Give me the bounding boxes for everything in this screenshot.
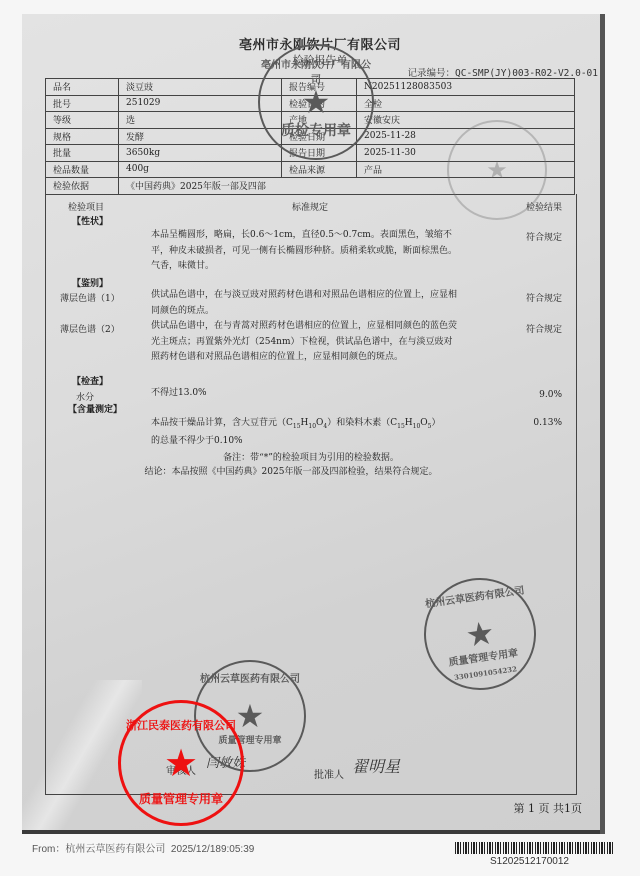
tlc1-result: 符合规定	[526, 291, 562, 304]
info-row: 批量3650kg报告日期2025-11-30	[46, 145, 575, 162]
field-value: 400g	[119, 161, 282, 178]
results-section: 检验项目 标准规定 检验结果 【性状】 本品呈椭圆形，略扁，长0.6～1cm，直…	[45, 194, 577, 795]
section-assay: 【含量测定】	[68, 402, 122, 415]
field-value: 3650kg	[119, 145, 282, 162]
field-label: 检验依据	[46, 178, 119, 195]
section-inspection: 【检查】	[72, 374, 108, 387]
info-row: 品名淡豆豉报告编号N20251128083503	[46, 79, 575, 96]
assay-standard: 本品按干燥品计算，含大豆苷元（C15H10O4）和染料木素（C15H10O5） …	[151, 416, 481, 450]
field-label: 检验日期	[282, 128, 357, 145]
field-label: 规格	[46, 128, 119, 145]
field-label: 批号	[46, 95, 119, 112]
approver-label: 批准人	[314, 766, 344, 781]
field-value: 淡豆豉	[119, 79, 282, 96]
header-standard: 标准规定	[292, 200, 328, 213]
tlc1-name: 薄层色谱（1）	[60, 291, 120, 304]
section-character: 【性状】	[72, 214, 108, 227]
record-number: 记录编号：QC-SMP(JY)003-R02-V2.0-01	[407, 65, 598, 79]
moisture-result: 9.0%	[539, 390, 562, 400]
tlc2-name: 薄层色谱（2）	[60, 322, 120, 335]
reviewer-signature: 闫敏姝	[206, 752, 245, 771]
conclusion: 结论：本品按照《中国药典》2025年版一部及四部检验，结果符合规定。	[26, 464, 556, 477]
character-result: 符合规定	[526, 230, 562, 243]
header-item: 检验项目	[68, 200, 104, 213]
moisture-standard: 不得过13.0%	[151, 386, 461, 402]
field-value: 发酵	[119, 128, 282, 145]
field-label: 检品来源	[282, 161, 357, 178]
tlc2-result: 符合规定	[526, 322, 562, 335]
info-table: 品名淡豆豉报告编号N20251128083503批号251029检验目的全检等级…	[45, 78, 575, 195]
approver-signature: 翟明星	[352, 754, 400, 777]
field-value: 251029	[119, 95, 282, 112]
assay-result: 0.13%	[533, 418, 562, 428]
tlc1-standard: 供试品色谱中，在与淡豆豉对照药材色谱和对照品色谱相应的位置上，应显相同颜色的斑点…	[151, 288, 461, 319]
info-row: 规格发酵检验日期2025-11-28	[46, 128, 575, 145]
barcode-number: S1202512170012	[490, 856, 569, 867]
scan-edge	[600, 14, 605, 834]
info-row: 等级选产地安徽安庆	[46, 112, 575, 129]
field-value: 2025-11-30	[357, 145, 575, 162]
field-label: 等级	[46, 112, 119, 129]
barcode	[455, 842, 615, 854]
section-identification: 【鉴别】	[72, 276, 108, 289]
info-row: 批号251029检验目的全检	[46, 95, 575, 112]
fax-footer: From：杭州云草医药有限公司 2025/12/189:05:39	[32, 840, 254, 855]
field-value: 选	[119, 112, 282, 129]
field-value: 2025-11-28	[357, 128, 575, 145]
field-label: 检品数量	[46, 161, 119, 178]
reviewer-label: 审核人	[166, 762, 196, 777]
info-row: 检品数量400g检品来源产品	[46, 161, 575, 178]
header-result: 检验结果	[526, 200, 562, 213]
company-name: 亳州市永刚饮片厂有限公司	[0, 34, 640, 53]
basis-row: 检验依据《中国药典》2025年版一部及四部	[46, 178, 575, 195]
field-value: N20251128083503	[357, 79, 575, 96]
field-label: 品名	[46, 79, 119, 96]
field-label: 检验目的	[282, 95, 357, 112]
tlc2-standard: 供试品色谱中，在与青蒿对照药材色谱相应的位置上，应显相同颜色的蓝色荧光主斑点；再…	[151, 319, 461, 366]
field-value: 《中国药典》2025年版一部及四部	[119, 178, 575, 195]
field-label: 报告编号	[282, 79, 357, 96]
field-label: 产地	[282, 112, 357, 129]
field-value: 安徽安庆	[357, 112, 575, 129]
character-standard: 本品呈椭圆形，略扁，长0.6～1cm，直径0.5～0.7cm。表面黑色，皱缩不平…	[151, 228, 461, 275]
remark: 备注：带“*”的检验项目为引用的检验数据。	[46, 450, 576, 463]
field-value: 产品	[357, 161, 575, 178]
field-label: 报告日期	[282, 145, 357, 162]
field-value: 全检	[357, 95, 575, 112]
field-label: 批量	[46, 145, 119, 162]
page-number: 第 1 页 共1页	[514, 800, 583, 816]
